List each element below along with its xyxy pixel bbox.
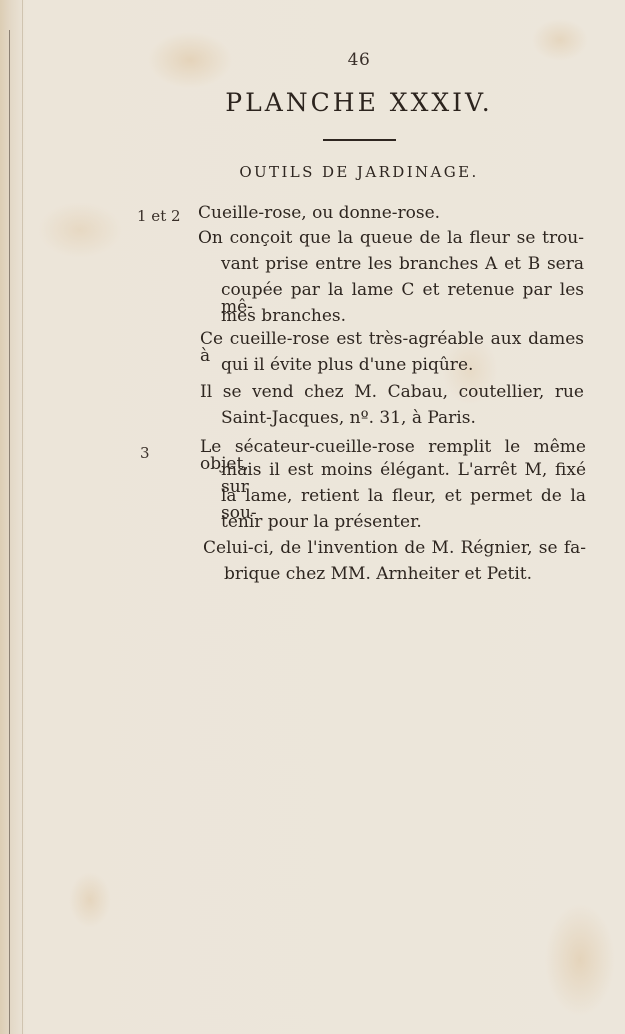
entry-line: vant prise entre les branches A et B ser… [221, 256, 584, 273]
entry-line: Il se vend chez M. Cabau, coutellier, ru… [200, 384, 584, 401]
entries: 1 et 2 Cueille-rose, ou donne-rose. On c… [0, 0, 625, 1034]
entry-line: Cueille-rose, ou donne-rose. [198, 205, 440, 222]
entry-line: brique chez MM. Arnheiter et Petit. [224, 566, 532, 583]
figure-ref: 3 [140, 444, 150, 462]
entry-line: qui il évite plus d'une piqûre. [221, 357, 473, 374]
entry-line: Celui-ci, de l'invention de M. Régnier, … [203, 540, 586, 557]
figure-ref: 1 et 2 [137, 207, 181, 225]
book-page: 46 PLANCHE XXXIV. OUTILS DE JARDINAGE. 1… [0, 0, 625, 1034]
entry-line: On conçoit que la queue de la fleur se t… [198, 230, 584, 247]
entry-line: Saint-Jacques, nº. 31, à Paris. [221, 410, 476, 427]
entry-line: tenir pour la présenter. [221, 514, 422, 531]
entry-line: mes branches. [221, 308, 346, 325]
